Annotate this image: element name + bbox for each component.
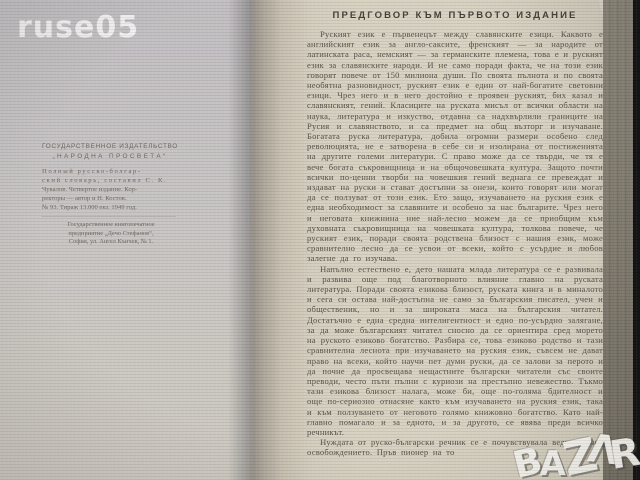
stamp-divider-line <box>42 216 176 217</box>
preface-text-block: ПРЕДГОВОР КЪМ ПЪРВОТО ИЗДАНИЕ Руският ез… <box>307 10 603 458</box>
page-fore-edge <box>603 0 634 480</box>
edition-stamp-line: ский словарь, составил С. К. <box>42 177 182 186</box>
edition-stamp: Полный русско-болгар- ский словарь, сост… <box>42 168 182 213</box>
edition-stamp-line: Полный русско-болгар- <box>42 168 182 177</box>
printer-stamp-line: София, ул. Ангел Кънчев, № 1. <box>40 238 182 247</box>
edition-stamp-line: ректоры — автор и Н. Костов. <box>42 195 182 204</box>
book-photo: ГОСУДАРСТВЕННОЕ ИЗДАТЕЛЬСТВО „НАРОДНА ПР… <box>0 0 640 480</box>
edition-stamp-line: Чукалов. Четвертое издание. Кор- <box>42 186 182 195</box>
edition-stamp-line: № 93. Тираж 13.000 екз. 1949 год. <box>42 204 182 213</box>
publisher-stamp-line: ГОСУДАРСТВЕННОЕ ИЗДАТЕЛЬСТВО <box>42 142 178 152</box>
publisher-stamp: ГОСУДАРСТВЕННОЕ ИЗДАТЕЛЬСТВО „НАРОДНА ПР… <box>42 142 178 161</box>
preface-body: Руският език е първенецът между славянск… <box>307 29 603 458</box>
bazar-letter: R <box>607 433 640 476</box>
page-title: ПРЕДГОВОР КЪМ ПЪРВОТО ИЗДАНИЕ <box>307 10 603 21</box>
seller-watermark: ruse05 <box>17 10 139 45</box>
printer-stamp-line: предприятие „Дечо Стефанов“, <box>40 230 182 239</box>
printer-stamp: Государственное книгопечатное предприяти… <box>40 221 182 247</box>
publisher-stamp-line: „НАРОДНА ПРОСВЕТА“ <box>42 152 178 162</box>
preface-paragraph: Напълно естествено е, дето нашата млада … <box>307 264 603 437</box>
preface-paragraph: Руският език е първенецът между славянск… <box>307 29 603 264</box>
printer-stamp-line: Государственное книгопечатное <box>40 221 182 230</box>
photo-dark-edge <box>633 0 640 480</box>
